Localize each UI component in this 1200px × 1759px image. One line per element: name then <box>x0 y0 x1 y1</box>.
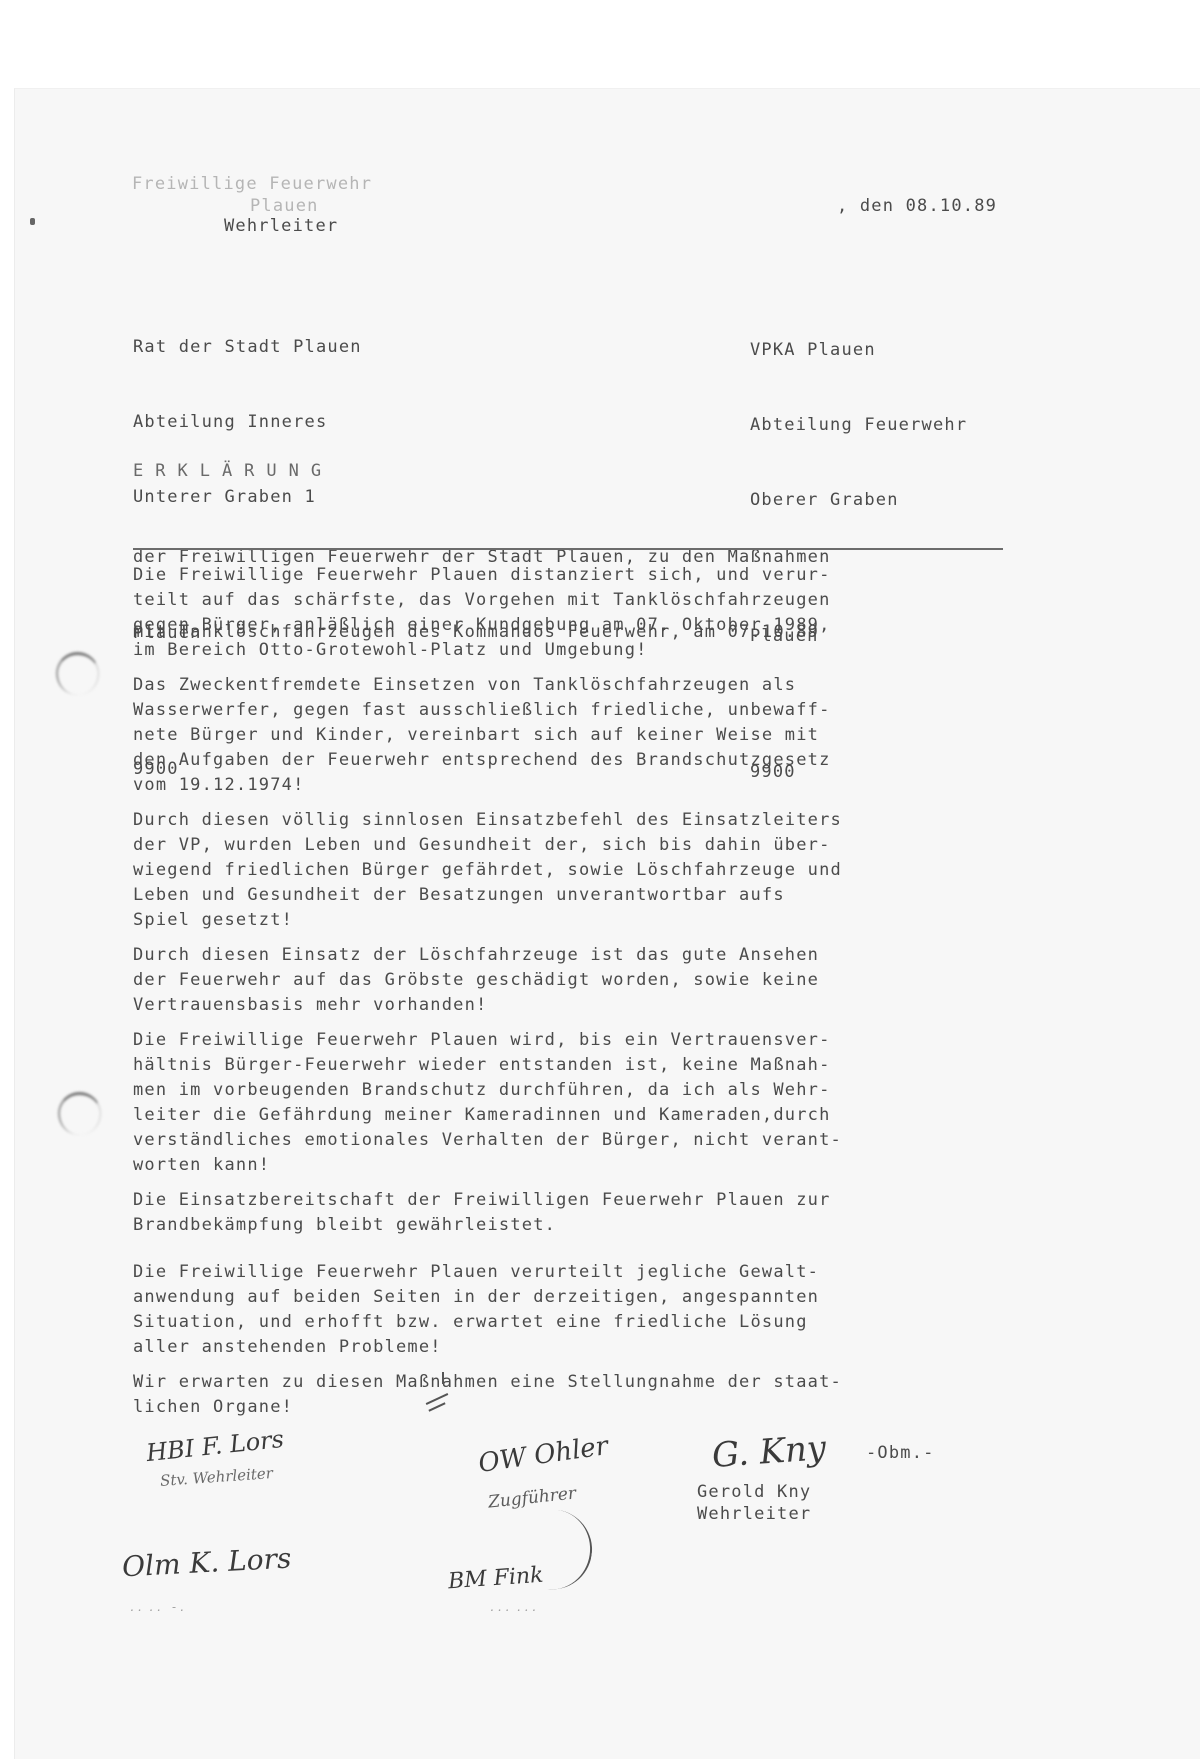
body-line: verständliches emotionales Verhalten der… <box>133 1128 1023 1153</box>
pen-mark <box>442 1372 444 1384</box>
scan-speck <box>30 218 35 225</box>
address-line: VPKA Plauen <box>750 338 967 363</box>
body-line: Das Zweckentfremdete Einsetzen von Tankl… <box>133 673 1023 698</box>
body-line: der Feuerwehr auf das Gröbste geschädigt… <box>133 968 1023 993</box>
address-line: Abteilung Inneres <box>133 410 362 435</box>
punch-hole-mark <box>58 1092 101 1135</box>
body-line: den Aufgaben der Feuerwehr entsprechend … <box>133 748 1023 773</box>
body-line: Die Einsatzbereitschaft der Freiwilligen… <box>133 1188 1023 1213</box>
address-line: Rat der Stadt Plauen <box>133 335 362 360</box>
body-line: Situation, und erhofft bzw. erwartet ein… <box>133 1310 1023 1335</box>
body-paragraph: Die Einsatzbereitschaft der Freiwilligen… <box>133 1188 1023 1238</box>
letter-date: , den 08.10.89 <box>837 194 997 219</box>
signer-role: Wehrleiter <box>697 1502 811 1527</box>
body-paragraph: Durch diesen völlig sinnlosen Einsatzbef… <box>133 808 1023 933</box>
body-line: vom 19.12.1974! <box>133 773 1023 798</box>
body-paragraph: Wir erwarten zu diesen Maßnahmen eine St… <box>133 1370 1023 1420</box>
signature-4-title: . . . . - . <box>130 1600 184 1614</box>
body-line: Wir erwarten zu diesen Maßnahmen eine St… <box>133 1370 1023 1395</box>
body-line: im Bereich Otto-Grotewohl-Platz und Umge… <box>133 638 1023 663</box>
body-line: Die Freiwillige Feuerwehr Plauen wird, b… <box>133 1028 1023 1053</box>
subject-underline <box>133 548 1003 550</box>
body-line: worten kann! <box>133 1153 1023 1178</box>
document-body: Die Freiwillige Feuerwehr Plauen distanz… <box>133 563 1023 1430</box>
body-line: Leben und Gesundheit der Besatzungen unv… <box>133 883 1023 908</box>
body-line: Spiel gesetzt! <box>133 908 1023 933</box>
body-line: der VP, wurden Leben und Gesundheit der,… <box>133 833 1023 858</box>
body-line: Brandbekämpfung bleibt gewährleistet. <box>133 1213 1023 1238</box>
body-line: aller anstehenden Probleme! <box>133 1335 1023 1360</box>
body-line: Die Freiwillige Feuerwehr Plauen verurte… <box>133 1260 1023 1285</box>
body-line: Durch diesen völlig sinnlosen Einsatzbef… <box>133 808 1023 833</box>
body-line: Vertrauensbasis mehr vorhanden! <box>133 993 1023 1018</box>
body-paragraph: Das Zweckentfremdete Einsetzen von Tankl… <box>133 673 1023 798</box>
body-line: Die Freiwillige Feuerwehr Plauen distanz… <box>133 563 1023 588</box>
punch-hole-mark <box>56 652 99 695</box>
signature-5-title: . . . . . . <box>490 1600 536 1614</box>
address-line: Abteilung Feuerwehr <box>750 413 967 438</box>
document-title: ERKLÄRUNG <box>133 459 333 484</box>
body-line: gegen Bürger, anläßlich einer Kundgebung… <box>133 613 1023 638</box>
body-paragraph: Die Freiwillige Feuerwehr Plauen distanz… <box>133 563 1023 663</box>
body-paragraph: Die Freiwillige Feuerwehr Plauen verurte… <box>133 1260 1023 1360</box>
body-line: men im vorbeugenden Brandschutz durchfüh… <box>133 1078 1023 1103</box>
body-line: hältnis Bürger-Feuerwehr wieder entstand… <box>133 1053 1023 1078</box>
body-line: wiegend friedlichen Bürger gefährdet, so… <box>133 858 1023 883</box>
rank-suffix: -Obm.- <box>866 1441 935 1466</box>
body-paragraph: Die Freiwillige Feuerwehr Plauen wird, b… <box>133 1028 1023 1178</box>
body-line: Durch diesen Einsatz der Löschfahrzeuge … <box>133 943 1023 968</box>
body-line: nete Bürger und Kinder, vereinbart sich … <box>133 723 1023 748</box>
body-line: leiter die Gefährdung meiner Kameradinne… <box>133 1103 1023 1128</box>
body-line: teilt auf das schärfste, das Vorgehen mi… <box>133 588 1023 613</box>
body-line: lichen Organe! <box>133 1395 1023 1420</box>
body-line: Wasserwerfer, gegen fast ausschließlich … <box>133 698 1023 723</box>
body-line: anwendung auf beiden Seiten in der derze… <box>133 1285 1023 1310</box>
sender-role: Wehrleiter <box>224 214 338 239</box>
signature-3: G. Kny <box>711 1428 828 1476</box>
body-paragraph: Durch diesen Einsatz der Löschfahrzeuge … <box>133 943 1023 1018</box>
